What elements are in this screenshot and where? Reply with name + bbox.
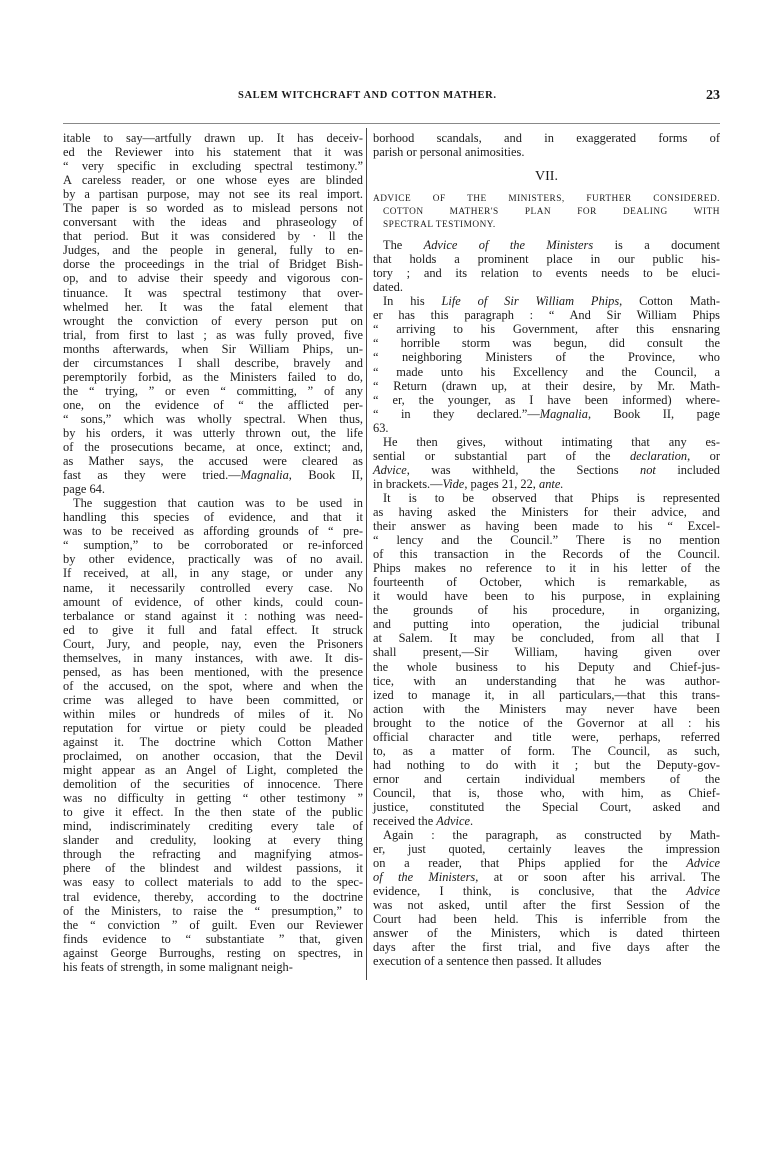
text-line: by his orders, it was utterly thrown out… (63, 426, 363, 440)
text-line: was not asked, until after the first Ses… (373, 898, 720, 912)
text-line: itable to say—artfully drawn up. It has … (63, 131, 363, 145)
text-line: had nothing to do with it ; but the Depu… (373, 758, 720, 772)
text-line: within miles or hundreds of miles of it.… (63, 707, 363, 721)
left-column: itable to say—artfully drawn up. It has … (63, 131, 363, 974)
text-line: was easy to collect materials to add to … (63, 875, 363, 889)
text-line: the “ trying, ” or even “ committing, ” … (63, 384, 363, 398)
text-line: to give it effect. In the then state of … (63, 805, 363, 819)
text-line: by other evidence, practically was of no… (63, 552, 363, 566)
text-line: parish or personal animosities. (373, 145, 720, 159)
text-line: shall present,—Sir William, having given… (373, 645, 720, 659)
text-line: in brackets.—Vide, pages 21, 22, ante. (373, 477, 720, 491)
text-line: on a reader, that Phips applied for the … (373, 856, 720, 870)
text-line: 63. (373, 421, 720, 435)
text-line: “ lency and the Council.” There is no me… (373, 533, 720, 547)
text-line: trial, from first to last ; as was fully… (63, 328, 363, 342)
text-line: it would have been to his purpose, in ex… (373, 589, 720, 603)
text-line: received the Advice. (373, 814, 720, 828)
text-line: peremptorily forbid, as the Ministers fa… (63, 370, 363, 384)
text-line: op, and to advise their speedy and vigor… (63, 271, 363, 285)
text-line: “ neighboring Ministers of the Province,… (373, 350, 720, 364)
section-heading-line: ADVICE OF THE MINISTERS, FURTHER CONSIDE… (373, 193, 720, 206)
text-line: one, on the evidence of “ the afflicted … (63, 398, 363, 412)
text-line: Judges, and the people in general, fully… (63, 243, 363, 257)
text-line: tory ; and its relation to events needs … (373, 266, 720, 280)
header-rule (63, 123, 720, 124)
page-number: 23 (706, 88, 720, 104)
text-line: The paper is so worded as to mislead per… (63, 201, 363, 215)
text-line: er has this paragraph : “ And Sir Willia… (373, 308, 720, 322)
text-line: the whole business to his Deputy and Chi… (373, 660, 720, 674)
text-line: amount of evidence, of other kinds, coul… (63, 595, 363, 609)
text-line: name, it necessarily controlled every ca… (63, 581, 363, 595)
running-title: SALEM WITCHCRAFT AND COTTON MATHER. (238, 90, 497, 101)
section-heading-line: SPECTRAL TESTIMONY. (373, 219, 720, 232)
section-body: The Advice of the Ministers is a documen… (373, 238, 720, 968)
text-line: demolition of the securities of innocenc… (63, 777, 363, 791)
text-line: If received, at all, in any stage, or un… (63, 566, 363, 580)
section-number: VII. (373, 169, 720, 185)
text-line: was no difficulty in getting “ other tes… (63, 791, 363, 805)
text-line: Phips makes no reference to it in his le… (373, 561, 720, 575)
text-line: “ very specific in excluding spectral te… (63, 159, 363, 173)
text-line: months afterwards, when Sir William Phip… (63, 342, 363, 356)
text-line: of the accused, on the spot, where and w… (63, 679, 363, 693)
text-line: his feats of strength, in some malignant… (63, 960, 363, 974)
text-line: their answer as having been made to his … (373, 519, 720, 533)
text-line: through the refracting and magnifying at… (63, 847, 363, 861)
text-line: “ Return (drawn up, at their desire, by … (373, 379, 720, 393)
text-line: days after the first trial, and five day… (373, 940, 720, 954)
text-line: ized to manage it, in all particulars,—t… (373, 688, 720, 702)
text-line: It is to be observed that Phips is repre… (373, 491, 720, 505)
text-line: was to be received as affording grounds … (63, 524, 363, 538)
text-line: evidence, I think, is conclusive, that t… (373, 884, 720, 898)
text-line: “ sons,” which was wholly spectral. When… (63, 412, 363, 426)
text-line: as having asked the Ministers for their … (373, 505, 720, 519)
text-line: and putting into operation, the judicial… (373, 617, 720, 631)
text-line: against George Burroughs, resting on spe… (63, 946, 363, 960)
text-line: der circumstances I shall describe, brav… (63, 356, 363, 370)
text-line: tral evidence, thereby, according to the… (63, 890, 363, 904)
running-head: SALEM WITCHCRAFT AND COTTON MATHER. 23 (63, 90, 720, 106)
text-line: pensed, as has been mentioned, with the … (63, 665, 363, 679)
text-line: execution of a sentence then passed. It … (373, 954, 720, 968)
text-line: fast as they were tried.—Magnalia, Book … (63, 468, 363, 482)
text-line: finds evidence to “ substantiate ” that,… (63, 932, 363, 946)
text-line: er, just quoted, certainly leaves the im… (373, 842, 720, 856)
text-line: “ er, the younger, as I have been inform… (373, 393, 720, 407)
text-line: Advice, was withheld, the Sections not i… (373, 463, 720, 477)
text-line: conversant with the ideas and phraseolog… (63, 215, 363, 229)
text-line: page 64. (63, 482, 363, 496)
text-line: tice, with an understanding that he was … (373, 674, 720, 688)
text-line: reputation for virtue or piety could be … (63, 721, 363, 735)
text-line: fourteenth of October, which is remarkab… (373, 575, 720, 589)
text-line: whelmed her. It was the fatal element th… (63, 300, 363, 314)
text-line: A careless reader, or one whose eyes are… (63, 173, 363, 187)
text-line: “ sumption,” to be corroborated or re-in… (63, 538, 363, 552)
text-line: dorse the proceedings in the trial of Br… (63, 257, 363, 271)
text-line: justice, constituted the Special Court, … (373, 800, 720, 814)
text-line: slander and credulity, looking at every … (63, 833, 363, 847)
text-line: tinuance. It was spectral testimony that… (63, 286, 363, 300)
text-line: the “ conviction ” of guilt. Even our Re… (63, 918, 363, 932)
text-line: In his Life of Sir William Phips, Cotton… (373, 294, 720, 308)
text-line: to, as a matter of form. The Council, as… (373, 744, 720, 758)
text-line: crime was alleged to have been committed… (63, 693, 363, 707)
right-column: borhood scandals, and in exaggerated for… (373, 131, 720, 969)
text-line: ed to give it full and fatal effect. It … (63, 623, 363, 637)
text-line: of this transaction in the Records of th… (373, 547, 720, 561)
text-line: ed the Reviewer into his statement that … (63, 145, 363, 159)
text-line: of the prosecutions became, at once, ext… (63, 440, 363, 454)
text-line: proclaimed, on another occasion, that th… (63, 749, 363, 763)
text-line: at Salem. It may be concluded, from all … (373, 631, 720, 645)
text-line: that holds a prominent place in our publ… (373, 252, 720, 266)
text-line: The Advice of the Ministers is a documen… (373, 238, 720, 252)
text-line: Council, that is, those who, with him, a… (373, 786, 720, 800)
text-line: “ in they declared.”—Magnalia, Book II, … (373, 407, 720, 421)
text-line: ernor and certain individual members of … (373, 772, 720, 786)
text-line: He then gives, without intimating that a… (373, 435, 720, 449)
text-line: Court, Jury, and people, nay, even the P… (63, 637, 363, 651)
text-line: Again : the paragraph, as constructed by… (373, 828, 720, 842)
text-line: borhood scandals, and in exaggerated for… (373, 131, 720, 145)
section-heading-line: COTTON MATHER'S PLAN FOR DEALING WITH (373, 206, 720, 219)
column-divider (366, 128, 367, 980)
text-line: answer of the Ministers, which is dated … (373, 926, 720, 940)
text-line: that period. But it was considered by · … (63, 229, 363, 243)
text-line: official character and title were, perha… (373, 730, 720, 744)
text-line: terbalance or stand against it : nothing… (63, 609, 363, 623)
text-line: “ made unto his Excellency and the Counc… (373, 365, 720, 379)
text-line: “ arriving to his Government, after this… (373, 322, 720, 336)
text-line: “ horrible storm was begun, did consult … (373, 336, 720, 350)
text-line: by a partisan purpose, may not see its r… (63, 187, 363, 201)
text-line: action with the Ministers may never have… (373, 702, 720, 716)
text-line: wrought the conviction of every person p… (63, 314, 363, 328)
text-line: of the Ministers, to raise the “ presump… (63, 904, 363, 918)
text-line: against it. The doctrine which Cotton Ma… (63, 735, 363, 749)
text-line: of the Ministers, at or soon after his a… (373, 870, 720, 884)
text-line: mind, indiscriminately crediting every t… (63, 819, 363, 833)
text-line: Court had been held. This is inferrible … (373, 912, 720, 926)
text-line: themselves, in many instances, with awe.… (63, 651, 363, 665)
text-line: dated. (373, 280, 720, 294)
text-line: as Mather says, the accused were cleared… (63, 454, 363, 468)
text-line: sential or substantial part of the decla… (373, 449, 720, 463)
text-line: brought to the notice of the Governor at… (373, 716, 720, 730)
text-line: might appear as an Angel of Light, compl… (63, 763, 363, 777)
text-line: handling this species of evidence, and t… (63, 510, 363, 524)
text-line: the grounds of his procedure, in organiz… (373, 603, 720, 617)
text-line: The suggestion that caution was to be us… (63, 496, 363, 510)
text-line: phere of the blindest and wildest passio… (63, 861, 363, 875)
